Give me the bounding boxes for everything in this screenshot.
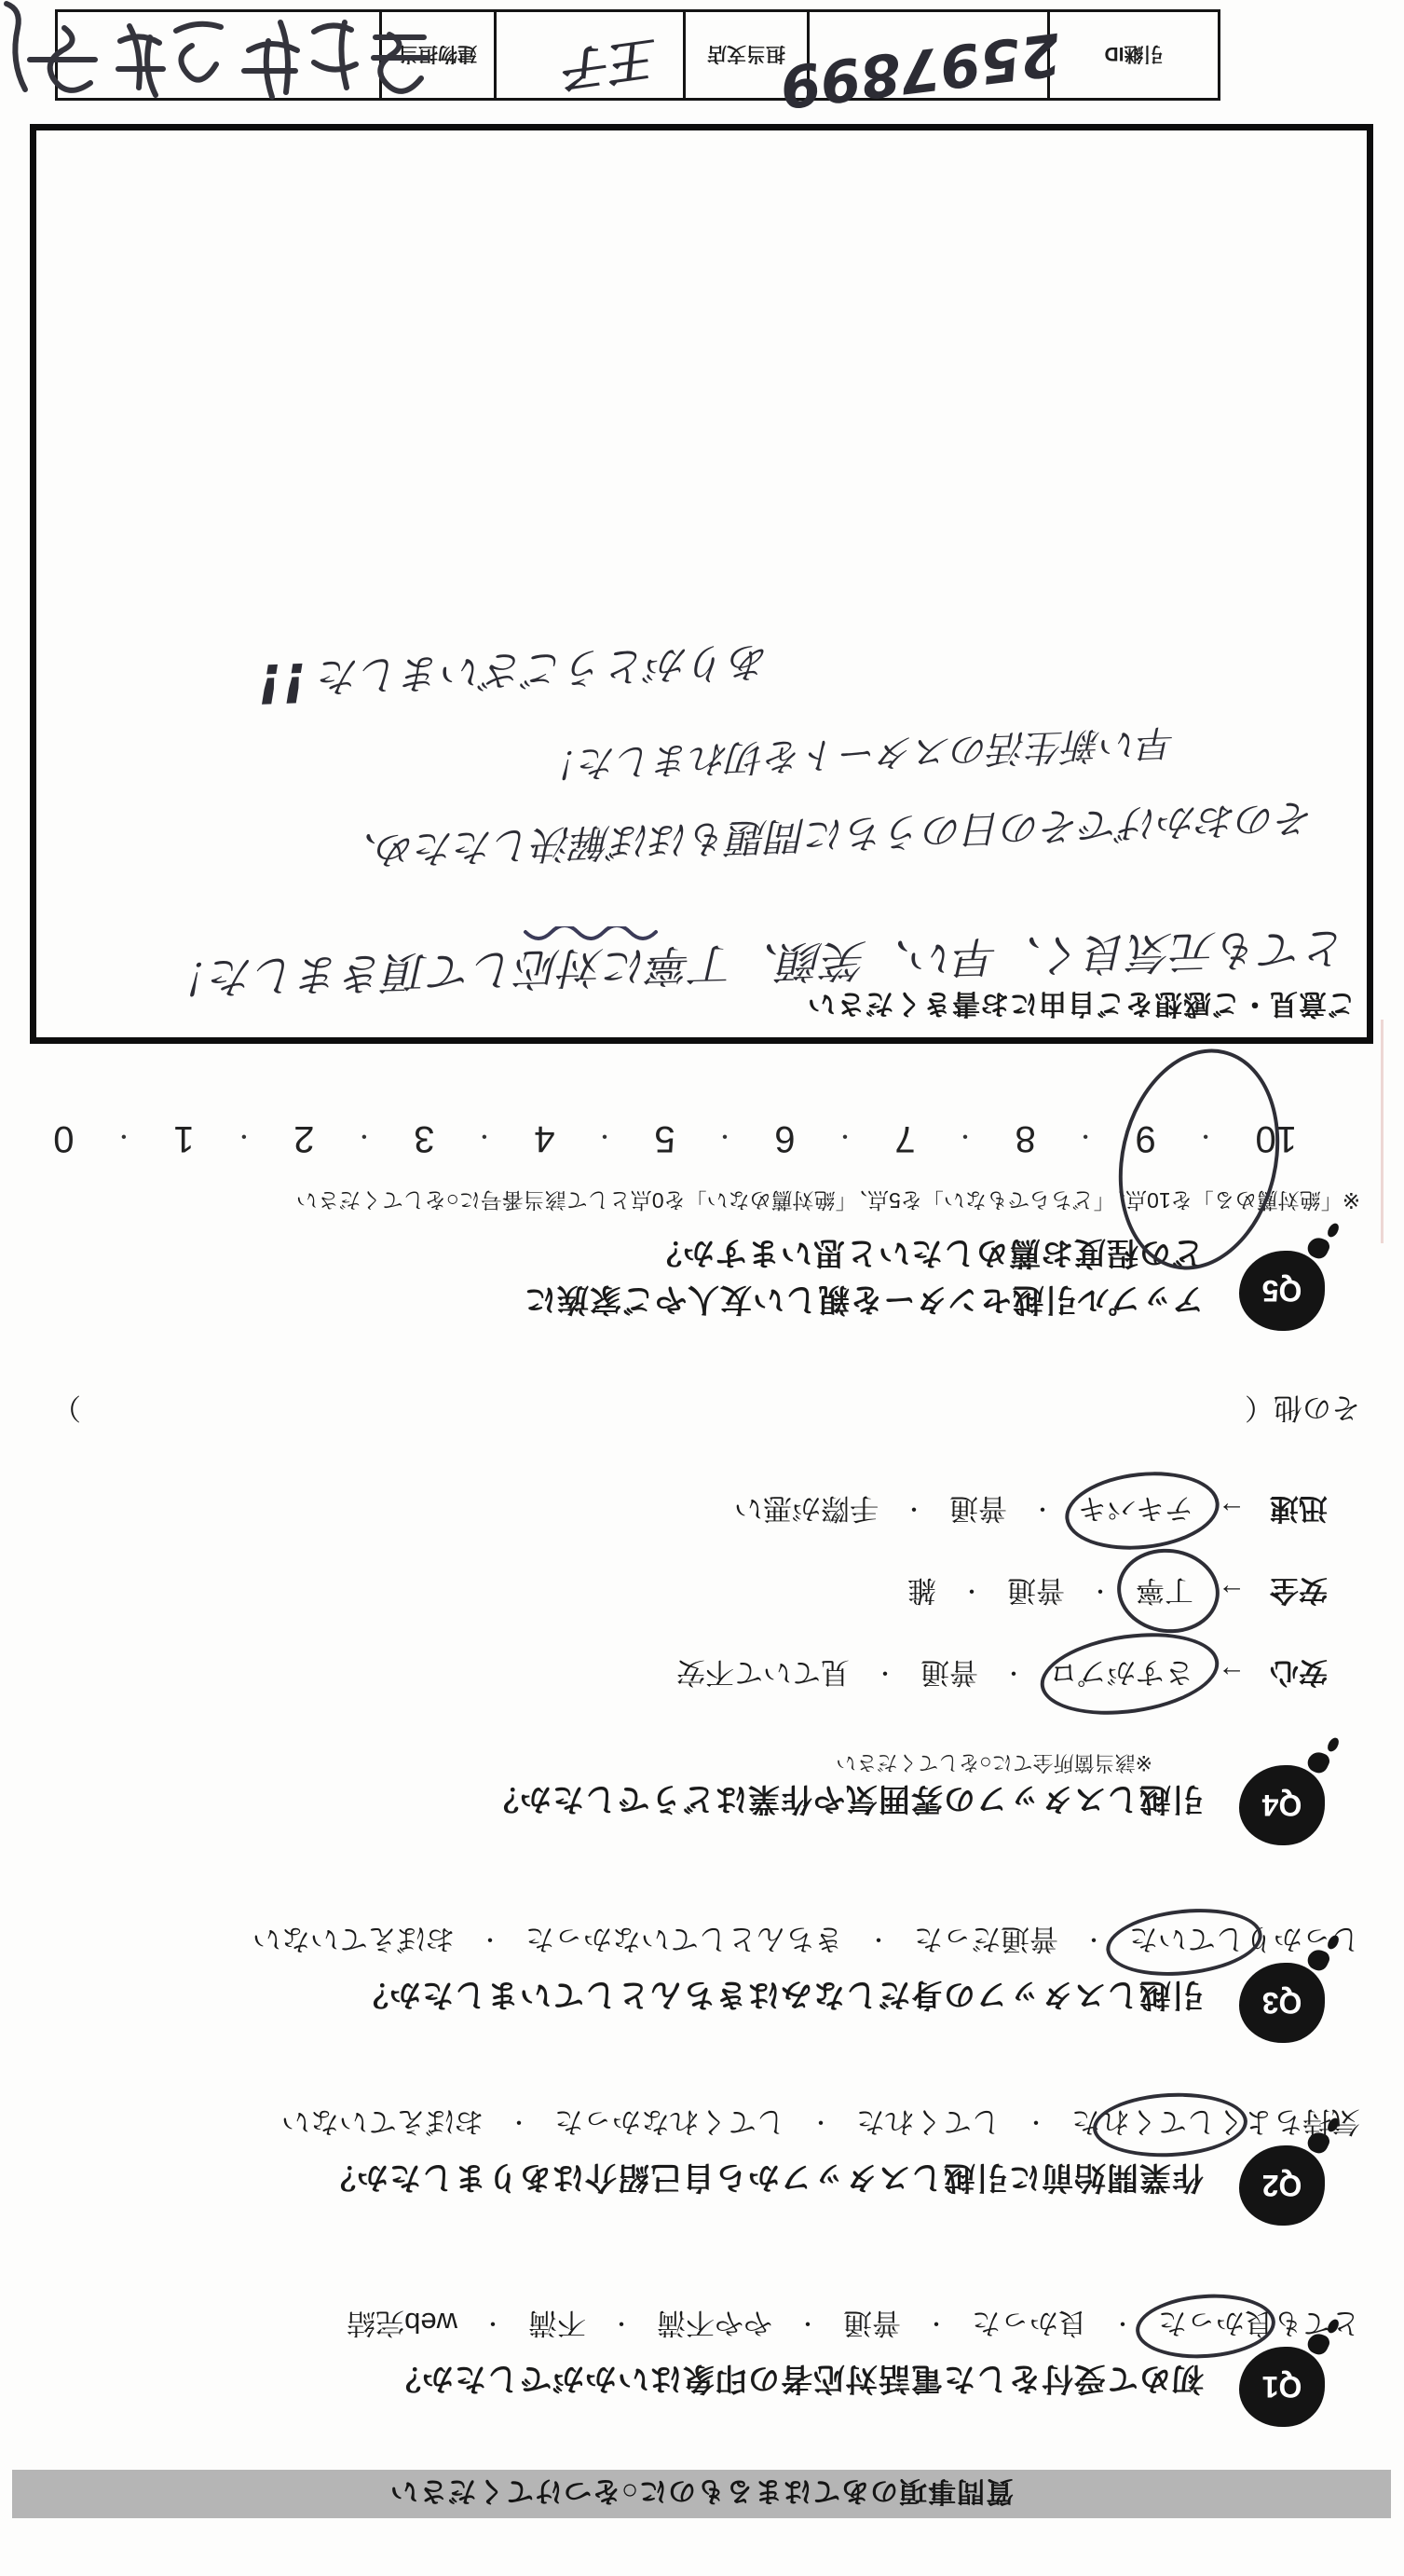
scale-dot: ・	[353, 1122, 375, 1155]
q3-option: 普通だった	[914, 1921, 1058, 1963]
q5-question-line2: どの程度お薦めしたいと思いますか？	[649, 1233, 1204, 1279]
q4-note: ※該当箇所全てに○をしてください	[836, 1749, 1152, 1778]
q3-question: 引越しスタッフの身だしなみはきちんとしていましたか？	[356, 1975, 1204, 2021]
scale-dot: ・	[1074, 1122, 1097, 1155]
table-cell-hikitsugi-id: 引継ID	[1050, 12, 1218, 98]
q2-option: おぼえていない	[281, 2103, 484, 2145]
q1-option: 普通	[843, 2305, 901, 2347]
scale-number: 4	[534, 1117, 554, 1159]
q1-option: 不満	[528, 2305, 586, 2347]
scale-dot: ・	[473, 1122, 496, 1155]
q2-badge-label: Q2	[1262, 2169, 1302, 2203]
option-separator: ・	[867, 1925, 890, 1958]
option-separator: ・	[903, 1495, 925, 1528]
scale-number: 8	[1015, 1117, 1035, 1159]
option-separator: ・	[1111, 2309, 1134, 2342]
q1-option: web完結	[347, 2305, 457, 2347]
q3-option: きちんとしていなかった	[525, 1921, 843, 1963]
scale-dot: ・	[113, 1122, 135, 1155]
q4-row-option: 雑	[907, 1572, 936, 1614]
scale-dot: ・	[954, 1122, 976, 1155]
arrow-icon: →	[1218, 1660, 1246, 1692]
scale-number: 2	[293, 1117, 314, 1159]
q1-handwritten-answer-circle	[1134, 2290, 1277, 2363]
q2-option: してくれた	[856, 2103, 1001, 2145]
option-separator: ・	[1031, 1495, 1054, 1528]
option-separator: ・	[482, 2309, 504, 2342]
q5-question-line1: アップル引越センターを親しい友人やご家族に	[524, 1280, 1204, 1325]
q1-option: やや不満	[657, 2305, 772, 2347]
handwritten-wavy-underline	[505, 926, 659, 943]
q4-other-label: その他（	[1245, 1391, 1360, 1424]
q3-option: おぼえていない	[252, 1921, 455, 1963]
scanner-artifact-line	[1381, 1020, 1384, 1243]
q5-badge-label: Q5	[1262, 1274, 1302, 1309]
q4-row-option: 見ていて不安	[676, 1654, 850, 1696]
questionnaire-document: 質問事項のあてはまるものに○をつけてください Q1 初めて受付をした電話対応者の…	[0, 0, 1404, 2576]
arrow-icon: →	[1218, 1578, 1246, 1610]
q4-row-option: 普通	[949, 1490, 1007, 1532]
q5-badge: Q5	[1239, 1251, 1325, 1331]
q4-row-option: 普通	[920, 1654, 978, 1696]
q1-question: 初めて受付をした電話対応者の印象はいかがでしたか？	[388, 2359, 1204, 2405]
scale-number: 1	[173, 1117, 194, 1159]
option-separator: ・	[925, 2309, 947, 2342]
comment-box	[30, 124, 1373, 1044]
q4-row-option: 普通	[1007, 1572, 1065, 1614]
q4-question: 引越しスタッフの雰囲気や作業はどうでしたか？	[486, 1779, 1204, 1825]
hikitsugi-id-label: 引継ID	[1105, 41, 1164, 69]
q3-badge-label: Q3	[1262, 1986, 1302, 2021]
scale-dot: ・	[593, 1122, 616, 1155]
scale-dot: ・	[714, 1122, 736, 1155]
scale-dot: ・	[233, 1122, 255, 1155]
q4-badge-label: Q4	[1262, 1788, 1302, 1823]
header-bar-text: 質問事項のあてはまるものに○をつけてください	[389, 2473, 1014, 2514]
q4-other-line: その他（	[1245, 1390, 1360, 1432]
q4-row-anshin: 安心 → さすがプロ・ 普通・ 見ていて不安	[676, 1654, 1328, 1696]
q4-row-label: 安心	[1270, 1654, 1328, 1696]
option-separator: ・	[1089, 1577, 1111, 1610]
handwritten-branch-name: 王子	[561, 27, 662, 106]
option-separator: ・	[1083, 1925, 1105, 1958]
option-separator: ・	[508, 2108, 530, 2141]
option-separator: ・	[610, 2309, 633, 2342]
option-separator: ・	[1025, 2108, 1047, 2141]
q2-handwritten-answer-circle	[1091, 2090, 1248, 2161]
q4-row-label: 迅速	[1270, 1490, 1328, 1532]
handwritten-illegible-scrawl	[1, 0, 435, 116]
scanned-questionnaire-page: 質問事項のあてはまるものに○をつけてください Q1 初めて受付をした電話対応者の…	[0, 0, 1404, 2576]
scale-number: 5	[654, 1117, 675, 1159]
q4-jinsoku-answer-circle	[1061, 1465, 1223, 1557]
q5-rating-scale: 10・ 9・ 8・ 7・ 6・ 5・ 4・ 3・ 2・ 1・ 0	[53, 1117, 1297, 1159]
q1-badge: Q1	[1239, 2347, 1325, 2427]
scale-number: 7	[894, 1117, 915, 1159]
q4-badge: Q4	[1239, 1765, 1325, 1845]
q1-badge-label: Q1	[1262, 2370, 1302, 2405]
header-bar: 質問事項のあてはまるものに○をつけてください	[12, 2470, 1391, 2518]
q4-row-option: 手際が悪い	[734, 1490, 879, 1532]
q3-badge: Q3	[1239, 1963, 1325, 2043]
scale-number: 0	[53, 1117, 74, 1159]
option-separator: ・	[479, 1925, 501, 1958]
scale-dot: ・	[834, 1122, 856, 1155]
option-separator: ・	[810, 2108, 832, 2141]
q2-question: 作業開始前に引越しスタッフから自己紹介はありましたか？	[323, 2158, 1204, 2203]
q4-anzen-answer-circle	[1112, 1543, 1224, 1639]
q4-row-jinsoku: 迅速 → テキパキ・ 普通・ 手際が悪い	[734, 1490, 1328, 1532]
option-separator: ・	[874, 1659, 896, 1692]
q1-option: 良かった	[972, 2305, 1087, 2347]
q4-row-label: 安全	[1270, 1572, 1328, 1614]
q4-other-close-paren: ）	[52, 1390, 81, 1432]
handwritten-exclamation-marks: !!	[256, 651, 307, 716]
q4-anshin-answer-circle	[1035, 1623, 1224, 1725]
scale-number: 6	[774, 1117, 795, 1159]
option-separator: ・	[797, 2309, 819, 2342]
q2-badge: Q2	[1239, 2145, 1325, 2226]
branch-label: 担当支店	[707, 41, 785, 69]
q3-handwritten-answer-circle	[1103, 1901, 1265, 1982]
arrow-icon: →	[1218, 1496, 1246, 1528]
scale-number: 3	[414, 1117, 434, 1159]
q2-option: してくれなかった	[554, 2103, 785, 2145]
option-separator: ・	[1002, 1659, 1025, 1692]
option-separator: ・	[961, 1577, 983, 1610]
